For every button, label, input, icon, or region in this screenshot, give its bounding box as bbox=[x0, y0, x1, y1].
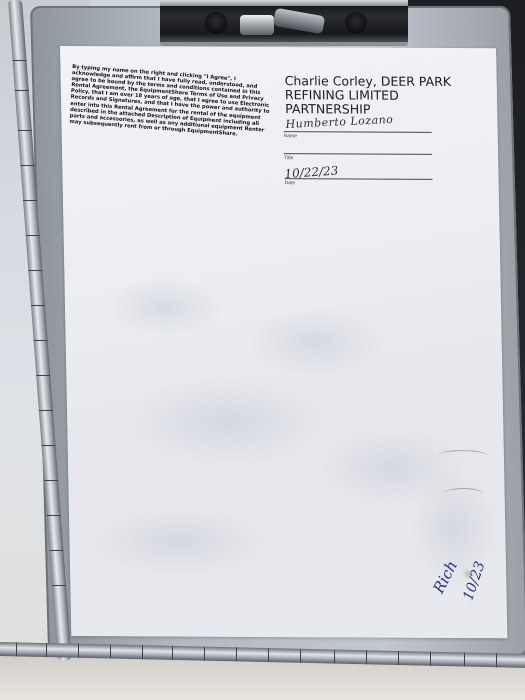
name-line bbox=[284, 131, 432, 133]
signer-company: Charlie Corley, DEER PARK REFINING LIMIT… bbox=[285, 74, 486, 117]
title-line bbox=[284, 153, 432, 155]
signature-page: By typing my name on the right and click… bbox=[60, 46, 507, 638]
clip-spring bbox=[160, 0, 408, 6]
name-label: Name bbox=[284, 133, 297, 139]
clip-rivet bbox=[345, 12, 367, 34]
clip-rivet bbox=[205, 12, 227, 34]
agreement-text: By typing my name on the right and click… bbox=[69, 64, 272, 140]
date-label: Date bbox=[285, 180, 296, 186]
title-label: Title bbox=[284, 155, 293, 161]
pencil-mark bbox=[443, 488, 483, 499]
date-line bbox=[285, 178, 433, 180]
clip-lever bbox=[240, 12, 325, 36]
pencil-mark bbox=[438, 450, 488, 461]
